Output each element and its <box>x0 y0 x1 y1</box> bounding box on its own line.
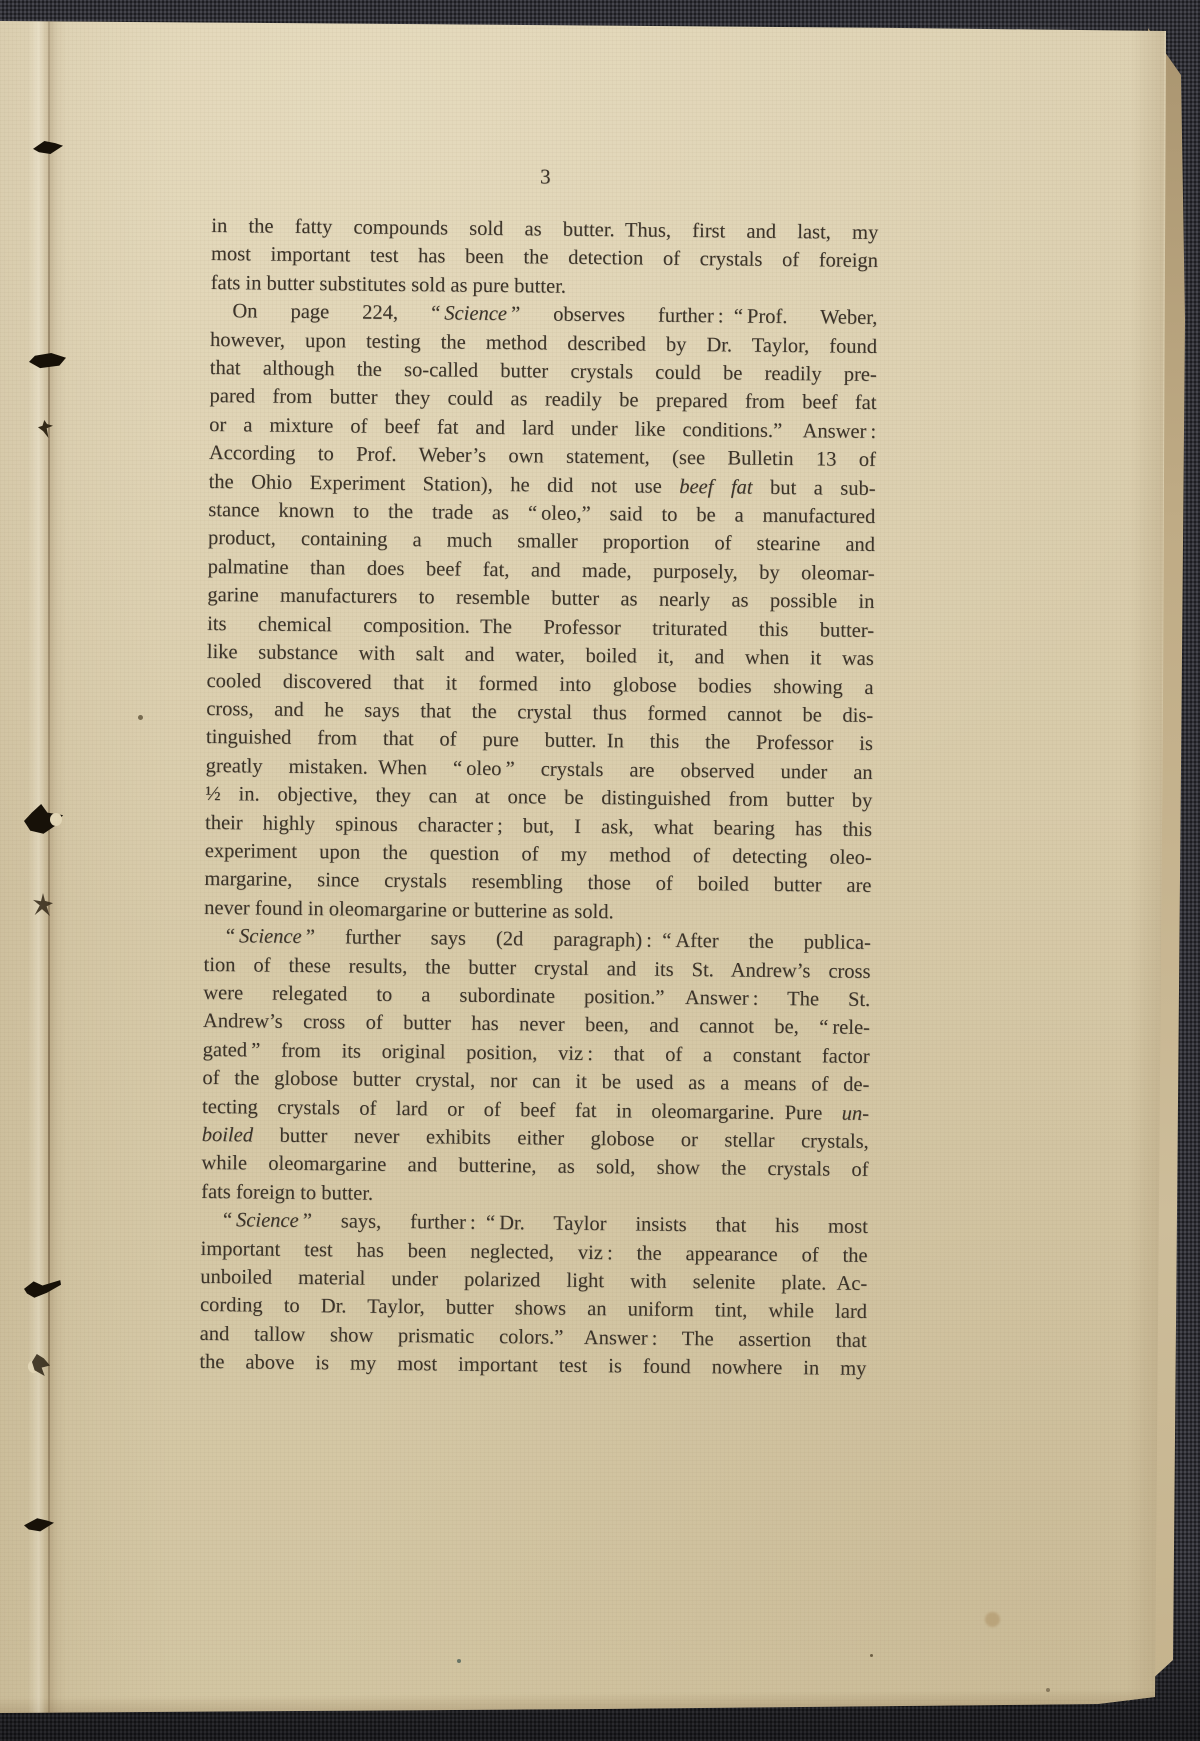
paragraph: “ Science ” further says (2d paragraph) … <box>201 922 871 1213</box>
body-text: in the fatty compounds sold as butter. T… <box>199 212 878 1384</box>
stitch-hole-3 <box>38 420 53 438</box>
stitch-hole-shape <box>33 139 63 156</box>
stitch-hole-8 <box>24 1517 54 1533</box>
scanned-book-page: 3 in the fatty compounds sold as butter.… <box>0 0 1200 1741</box>
paragraph: “ Science ” says, further : “ Dr. Taylor… <box>199 1206 868 1383</box>
stitch-hole-7 <box>28 1354 50 1376</box>
stitch-hole-1 <box>33 139 63 156</box>
torn-paper-highlight <box>50 813 62 826</box>
stitch-hole-shape <box>24 1517 54 1533</box>
page-number: 3 <box>212 160 879 193</box>
speck-1 <box>138 715 143 720</box>
binding-crease-line <box>48 21 50 1713</box>
stitch-hole-5 <box>33 893 53 916</box>
stitch-hole-shape <box>33 893 53 916</box>
paragraph: in the fatty compounds sold as butter. T… <box>211 212 879 304</box>
binding-crease <box>28 21 66 1713</box>
stitch-hole-shape <box>29 352 66 369</box>
stitch-hole-shape <box>24 1278 61 1299</box>
stitch-hole-6 <box>24 1278 61 1299</box>
paragraph: On page 224, “ Science ” observes furthe… <box>204 297 878 929</box>
book-page-paper: 3 in the fatty compounds sold as butter.… <box>0 0 1200 1741</box>
stitch-hole-2 <box>29 352 66 369</box>
speck-3 <box>457 1659 461 1663</box>
page-content: 3 in the fatty compounds sold as butter.… <box>199 160 879 1384</box>
stitch-hole-4 <box>24 804 63 835</box>
speck-2 <box>985 1612 1000 1627</box>
speck-4 <box>870 1654 873 1657</box>
stitch-hole-shape <box>38 420 53 438</box>
speck-5 <box>1046 1688 1050 1692</box>
